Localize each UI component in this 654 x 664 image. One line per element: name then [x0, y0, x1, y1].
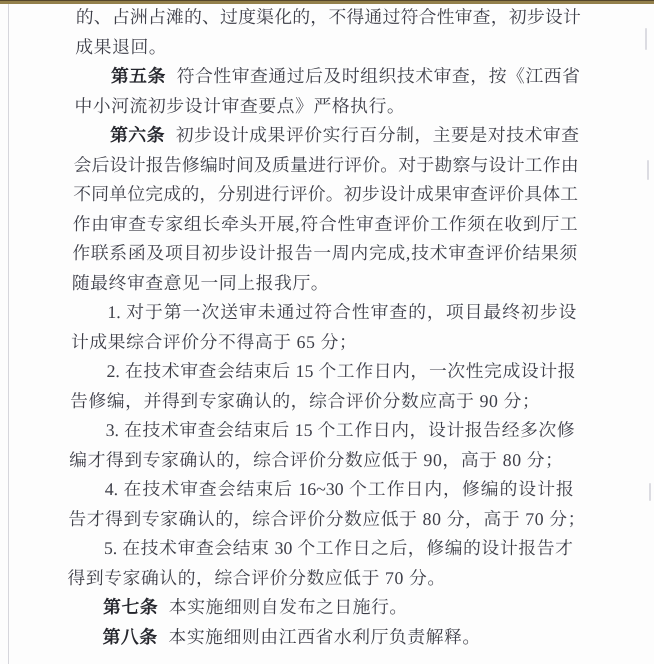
line-text: 符合性审查通过后及时组织技术审查，按《江西省 — [177, 66, 581, 86]
text-line: 得到专家确认的，综合评价分数应低于 70 分。 — [67, 564, 572, 594]
text-line: 告才得到专家确认的，综合评价分数应低于 80 分，高于 70 分； — [68, 505, 573, 535]
text-line: 的、占洲占滩的、过度渠化的，不得通过符合性审查，初步设计 — [76, 3, 581, 33]
text-line: 4. 在技术审查会结束后 16~30 个工作日内，修编的设计报 — [69, 475, 574, 505]
line-text: 初步设计成果评价实行百分制，主要是对技术审查 — [176, 125, 580, 145]
scan-artifact — [647, 160, 649, 180]
text-line: 会后设计报告修编时间及质量进行评价。对于勘察与设计工作由 — [73, 151, 578, 181]
text-line: 随最终审查意见一同上报我厅。 — [72, 269, 577, 299]
line-text: 的、占洲占滩的、过度渠化的，不得通过符合性审查，初步设计 — [76, 7, 581, 27]
text-line: 2. 在技术审查会结束后 15 个工作日内，一次性完成设计报 — [70, 357, 575, 387]
text-line: 第七条本实施细则自发布之日施行。 — [67, 593, 572, 623]
text-line: 1. 对于第一次送审未通过符合性审查的，项目最终初步设 — [71, 298, 576, 328]
line-text: 2. 在技术审查会结束后 15 个工作日内，一次性完成设计报 — [106, 361, 575, 381]
text-column: 的、占洲占滩的、过度渠化的，不得通过符合性审查，初步设计成果退回。第五条符合性审… — [66, 3, 581, 652]
line-text: 3. 在技术审查会结束后 15 个工作日内，设计报告经多次修 — [106, 420, 575, 440]
line-text: 本实施细则由江西省水利厅负责解释。 — [168, 627, 481, 647]
article-label: 第五条 — [111, 66, 166, 86]
text-line: 中小河流初步设计审查要点》严格执行。 — [74, 92, 579, 122]
text-line: 3. 在技术审查会结束后 15 个工作日内，设计报告经多次修 — [69, 416, 574, 446]
scan-artifact — [645, 28, 647, 50]
line-text: 编才得到专家确认的，综合评价分数应低于 90，高于 80 分； — [69, 450, 564, 470]
scan-artifact — [649, 483, 651, 501]
text-line: 第八条本实施细则由江西省水利厅负责解释。 — [66, 623, 571, 653]
article-label: 第七条 — [103, 597, 158, 617]
article-label: 第八条 — [102, 627, 157, 647]
line-text: 作由审查专家组长牵头开展,符合性审查评价工作须在收到厅工 — [73, 214, 578, 234]
line-text: 作联系函及项目初步设计报告一周内完成,技术审查评价结果须 — [72, 243, 577, 263]
line-text: 不同单位完成的，分别进行评价。初步设计成果审查评价具体工 — [73, 184, 578, 204]
text-line: 第五条符合性审查通过后及时组织技术审查，按《江西省 — [75, 62, 580, 92]
text-line: 作由审查专家组长牵头开展,符合性审查评价工作须在收到厅工 — [72, 210, 577, 240]
line-text: 得到专家确认的，综合评价分数应低于 70 分。 — [67, 568, 446, 588]
text-line: 不同单位完成的，分别进行评价。初步设计成果审查评价具体工 — [73, 180, 578, 210]
line-text: 本实施细则自发布之日施行。 — [169, 597, 408, 617]
line-text: 告修编，并得到专家确认的，综合评价分数应高于 90 分； — [70, 391, 541, 411]
line-text: 中小河流初步设计审查要点》严格执行。 — [74, 96, 405, 116]
line-text: 会后设计报告修编时间及质量进行评价。对于勘察与设计工作由 — [73, 155, 578, 175]
text-line: 成果退回。 — [75, 33, 580, 63]
line-text: 随最终审查意见一同上报我厅。 — [72, 273, 330, 293]
text-line: 作联系函及项目初步设计报告一周内完成,技术审查评价结果须 — [72, 239, 577, 269]
line-text: 告才得到专家确认的，综合评价分数应低于 80 分，高于 70 分； — [68, 509, 586, 529]
text-line: 5. 在技术审查会结束 30 个工作日之后，修编的设计报告才 — [68, 534, 573, 564]
text-line: 计成果综合评价分不得高于 65 分； — [71, 328, 576, 358]
text-line: 编才得到专家确认的，综合评价分数应低于 90，高于 80 分； — [69, 446, 574, 476]
text-line: 第六条初步设计成果评价实行百分制，主要是对技术审查 — [74, 121, 579, 151]
line-text: 5. 在技术审查会结束 30 个工作日之后，修编的设计报告才 — [104, 538, 573, 558]
line-text: 成果退回。 — [75, 37, 167, 57]
line-text: 计成果综合评价分不得高于 65 分； — [71, 332, 358, 352]
article-label: 第六条 — [110, 125, 165, 145]
line-text: 4. 在技术审查会结束后 16~30 个工作日内，修编的设计报 — [105, 479, 574, 499]
line-text: 1. 对于第一次送审未通过符合性审查的，项目最终初步设 — [107, 302, 576, 322]
text-line: 告修编，并得到专家确认的，综合评价分数应高于 90 分； — [70, 387, 575, 417]
scan-left-edge-line — [8, 4, 9, 664]
